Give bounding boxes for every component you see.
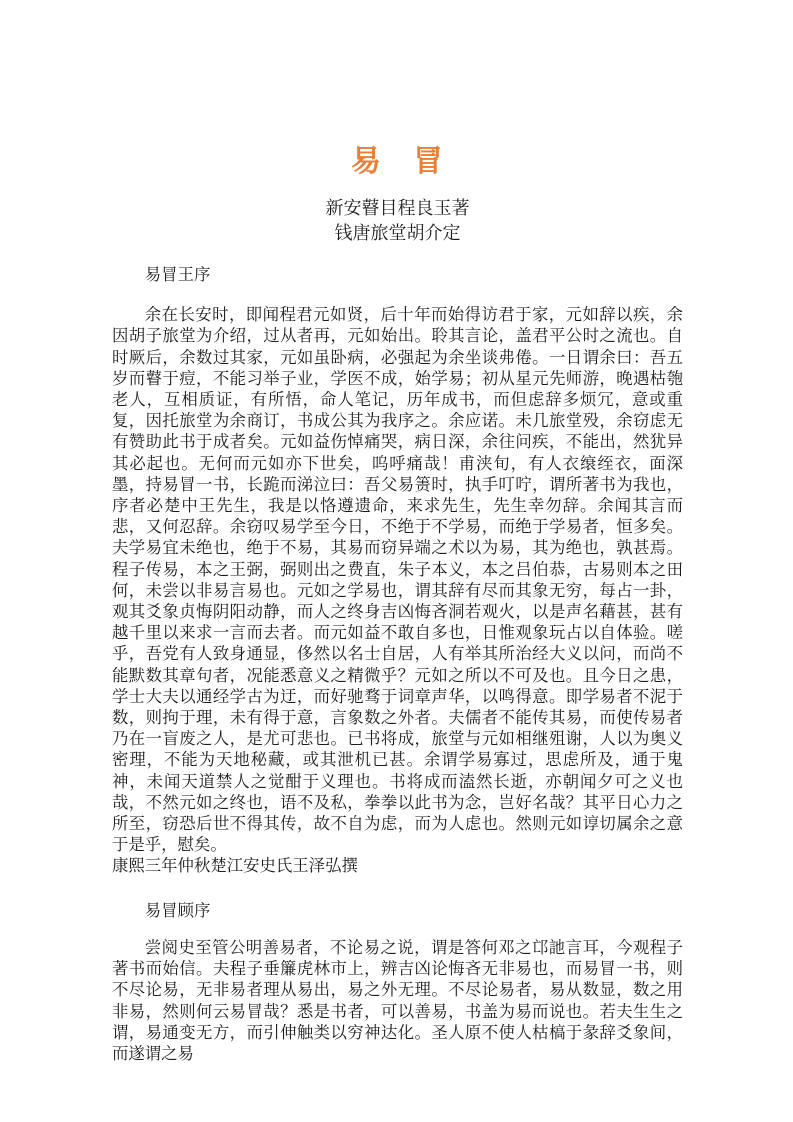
section-gu-preface: 易冒顾序 尝阅史至管公明善易者，不论易之说，谓是答何邓之邙訑言耳，今观程子著书而… — [112, 900, 683, 1064]
document-title: 易 冒 — [112, 142, 683, 182]
section-heading-gu-preface: 易冒顾序 — [112, 900, 683, 921]
document-page: 易 冒 新安瞽目程良玉著 钱唐旅堂胡介定 易冒王序 余在长安时，即闻程君元如贤，… — [0, 0, 793, 1122]
byline-editor: 钱唐旅堂胡介定 — [112, 221, 683, 246]
byline-author: 新安瞽目程良玉著 — [112, 196, 683, 221]
wang-preface-signature: 康熙三年仲秋楚江安史氏王泽弘撰 — [112, 855, 683, 876]
byline-block: 新安瞽目程良玉著 钱唐旅堂胡介定 — [112, 196, 683, 246]
wang-preface-paragraph: 余在长安时，即闻程君元如贤，后十年而始得访君于家，元如辞以疾，余因胡子旅堂为介绍… — [112, 304, 683, 855]
section-heading-wang-preface: 易冒王序 — [112, 264, 683, 285]
page-content: 易 冒 新安瞽目程良玉著 钱唐旅堂胡介定 易冒王序 余在长安时，即闻程君元如贤，… — [112, 142, 683, 1064]
section-wang-preface: 易冒王序 余在长安时，即闻程君元如贤，后十年而始得访君于家，元如辞以疾，余因胡子… — [112, 264, 683, 877]
gu-preface-paragraph: 尝阅史至管公明善易者，不论易之说，谓是答何邓之邙訑言耳，今观程子著书而始信。夫程… — [112, 937, 683, 1064]
